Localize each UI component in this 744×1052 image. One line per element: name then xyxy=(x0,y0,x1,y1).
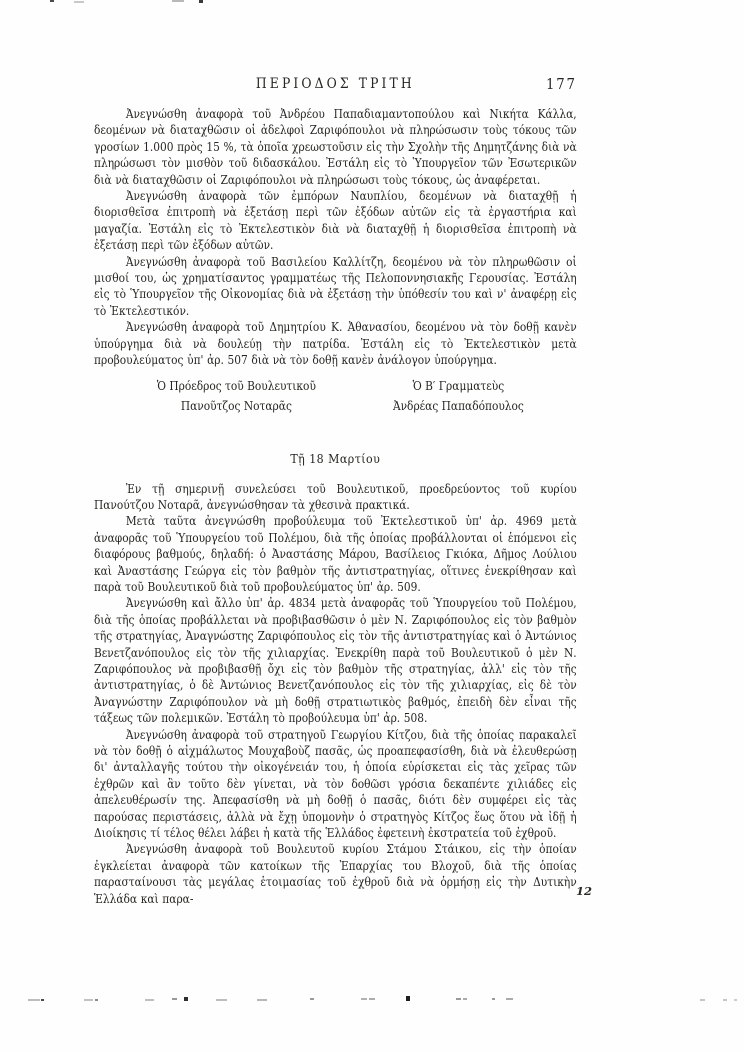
scan-artifact xyxy=(506,998,513,1000)
session-18-march-minutes: Τῇ 18 Μαρτίου Ἐν τῇ σημερινῇ συνελεύσει … xyxy=(94,451,577,908)
scan-artifact xyxy=(199,0,203,3)
running-header-title: ΠΕΡΙΟΔΟΣ ΤΡΙΤΗ xyxy=(94,76,577,92)
signature-secretary: Ὁ Β′ Γραμματεὺς Ἀνδρέας Παπαδόπουλος xyxy=(379,378,538,414)
page-number: 177 xyxy=(546,75,577,93)
scan-artifact xyxy=(50,0,54,2)
scanned-book-page: ΠΕΡΙΟΔΟΣ ΤΡΙΤΗ 177 Ἀνεγνώσθη ἀναφορὰ τοῦ… xyxy=(0,0,744,1052)
scan-artifact xyxy=(74,1,84,3)
session-date-heading: Τῇ 18 Μαρτίου xyxy=(94,451,577,466)
minutes-paragraph: Ἀνεγνώσθη ἀναφορὰ τοῦ Ἀνδρέου Παπαδιαμαν… xyxy=(94,106,577,188)
text-column: ΠΕΡΙΟΔΟΣ ΤΡΙΤΗ 177 Ἀνεγνώσθη ἀναφορὰ τοῦ… xyxy=(94,76,577,907)
signature-role: Ὁ Β′ Γραμματεὺς xyxy=(379,378,538,394)
scan-artifact xyxy=(700,999,705,1001)
signature-name: Ἀνδρέας Παπαδόπουλος xyxy=(379,398,538,414)
scan-artifact xyxy=(406,996,410,1001)
minutes-paragraph: Ἀνεγνώσθη καὶ ἄλλο ὑπ' ἀρ. 4834 μετὰ ἀνα… xyxy=(94,595,577,726)
printer-signature-mark: 12 xyxy=(576,884,592,898)
scan-artifact xyxy=(361,998,367,1000)
scan-artifact xyxy=(184,997,188,1001)
signature-president: Ὁ Πρόεδρος τοῦ Βουλευτικοῦ Πανοῦτζος Νοτ… xyxy=(94,378,379,414)
scan-artifact xyxy=(84,999,93,1001)
scan-artifact xyxy=(145,999,154,1001)
scan-artifact xyxy=(463,998,467,1000)
minutes-paragraph: Ἀνεγνώσθη ἀναφορὰ τοῦ Βουλευτοῦ κυρίου Σ… xyxy=(94,841,577,907)
session-morning-minutes: Ἀνεγνώσθη ἀναφορὰ τοῦ Ἀνδρέου Παπαδιαμαν… xyxy=(94,106,577,414)
signature-name: Πανοῦτζος Νοταρᾶς xyxy=(94,398,379,414)
scan-artifact xyxy=(172,0,184,2)
scan-artifact xyxy=(216,999,227,1001)
minutes-paragraph: Μετὰ ταῦτα ἀνεγνώσθη προβούλευμα τοῦ Ἐκτ… xyxy=(94,513,577,595)
signature-role: Ὁ Πρόεδρος τοῦ Βουλευτικοῦ xyxy=(94,378,379,394)
signature-block: Ὁ Πρόεδρος τοῦ Βουλευτικοῦ Πανοῦτζος Νοτ… xyxy=(94,378,577,414)
scan-artifact xyxy=(310,998,314,1000)
minutes-paragraph: Ἀνεγνώσθη ἀναφορὰ τῶν ἐμπόρων Ναυπλίου, … xyxy=(94,188,577,254)
scan-artifact xyxy=(28,999,40,1001)
minutes-paragraph: Ἐν τῇ σημερινῇ συνελεύσει τοῦ Βουλευτικο… xyxy=(94,481,577,514)
minutes-paragraph: Ἀνεγνώσθη ἀναφορὰ τοῦ Βασιλείου Καλλίτζη… xyxy=(94,254,577,320)
scan-artifact xyxy=(257,999,267,1001)
minutes-paragraph: Ἀνεγνώσθη ἀναφορὰ τοῦ Δημητρίου Κ. Ἀθανα… xyxy=(94,319,577,368)
running-header: ΠΕΡΙΟΔΟΣ ΤΡΙΤΗ 177 xyxy=(94,76,577,94)
scan-artifact xyxy=(456,998,461,1000)
scan-artifact xyxy=(723,999,727,1001)
scan-artifact xyxy=(41,999,44,1001)
scan-artifact xyxy=(95,999,98,1001)
scan-artifact xyxy=(492,998,495,1000)
scan-artifact xyxy=(172,998,177,1000)
scan-artifact xyxy=(734,999,737,1001)
minutes-paragraph: Ἀνεγνώσθη ἀναφορὰ τοῦ στρατηγοῦ Γεωργίου… xyxy=(94,727,577,842)
scan-artifact xyxy=(369,998,375,1000)
